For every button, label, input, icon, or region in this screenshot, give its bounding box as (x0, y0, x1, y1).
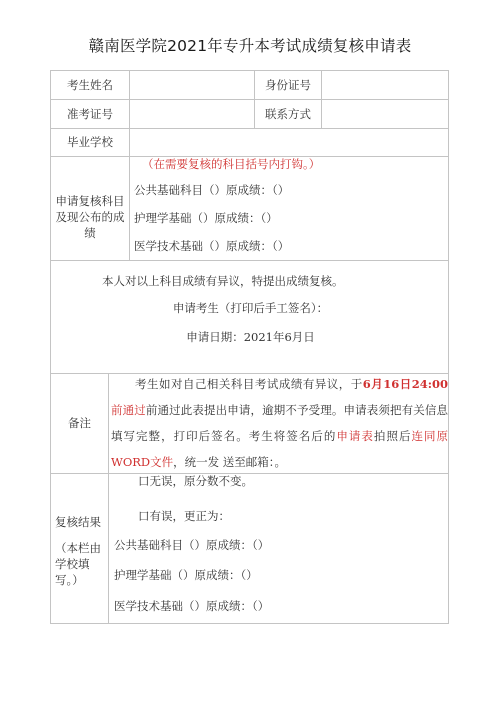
form-highlight: 申请表 (336, 429, 374, 443)
notes-text: 考生如对自己相关科目考试成绩有异议，于6月16日24:00前通过前通过此表提出申… (111, 371, 448, 475)
result-label-line: 复核结果 (55, 514, 107, 530)
notes-text-highlight: 前通过 (111, 403, 146, 417)
page-title: 赣南医学院2021年专升本考试成绩复核申请表 (0, 34, 500, 56)
id-number-field[interactable] (322, 71, 448, 99)
notes-text-part: 拍照后 (374, 429, 412, 443)
school-field[interactable] (130, 129, 448, 156)
result-label-line: 写。） (55, 572, 107, 588)
subjects-label: 申请复核科目 及现公布的成 绩 (51, 193, 129, 241)
subjects-label-line: 及现公布的成 (51, 209, 129, 225)
school-label: 毕业学校 (51, 135, 129, 149)
result-label-line: 学校填 (55, 556, 107, 572)
declaration-statement: 本人对以上科目成绩有异议，特提出成绩复核。 (102, 274, 344, 288)
result-option-no-error[interactable]: 口无误，原分数不变。 (138, 474, 253, 488)
application-date[interactable]: 申请日期：2021年6月日 (51, 330, 450, 344)
ticket-number-field[interactable] (130, 100, 254, 128)
subject-item-nursing-basics[interactable]: 护理学基础（）原成绩：（） (134, 211, 278, 225)
notes-text-part: ，统一发 送至邮箱：。 (173, 455, 286, 469)
result-item-medtech-basics[interactable]: 医学技术基础（）原成绩：（） (114, 599, 269, 613)
subject-item-public-basics[interactable]: 公共基础科目（）原成绩：（） (134, 183, 289, 197)
subject-item-medtech-basics[interactable]: 医学技术基础（）原成绩：（） (134, 239, 289, 253)
ticket-number-label: 准考证号 (51, 107, 129, 121)
contact-label: 联系方式 (255, 107, 321, 121)
notes-text-part: 考生如对自己相关科目考试成绩有异议，于 (135, 377, 363, 391)
notes-label: 备注 (51, 416, 108, 430)
contact-field[interactable] (322, 100, 448, 128)
subjects-instruction: （在需要复核的科目括号内打钩。） (142, 157, 320, 171)
result-label: 复核结果 （本栏由 学校填 写。） (55, 514, 107, 588)
id-number-label: 身份证号 (255, 78, 321, 92)
result-item-public-basics[interactable]: 公共基础科目（）原成绩：（） (114, 538, 269, 552)
column-divider (108, 373, 109, 624)
result-label-line: （本栏由 (55, 540, 107, 556)
signature-line[interactable]: 申请考生（打印后手工签名）： (51, 301, 450, 315)
deadline-highlight: 6月16日24:00 (363, 377, 448, 391)
subjects-label-line: 申请复核科目 (51, 193, 129, 209)
name-field[interactable] (130, 71, 254, 99)
subjects-label-line: 绩 (51, 225, 129, 241)
application-form-table: 考生姓名 身份证号 准考证号 联系方式 毕业学校 申请复核科目 及现公布的成 绩… (50, 70, 449, 624)
name-label: 考生姓名 (51, 78, 129, 92)
result-item-nursing-basics[interactable]: 护理学基础（）原成绩：（） (114, 568, 258, 582)
row-divider (51, 260, 448, 261)
result-option-error[interactable]: 口有误，更正为： (138, 509, 230, 523)
